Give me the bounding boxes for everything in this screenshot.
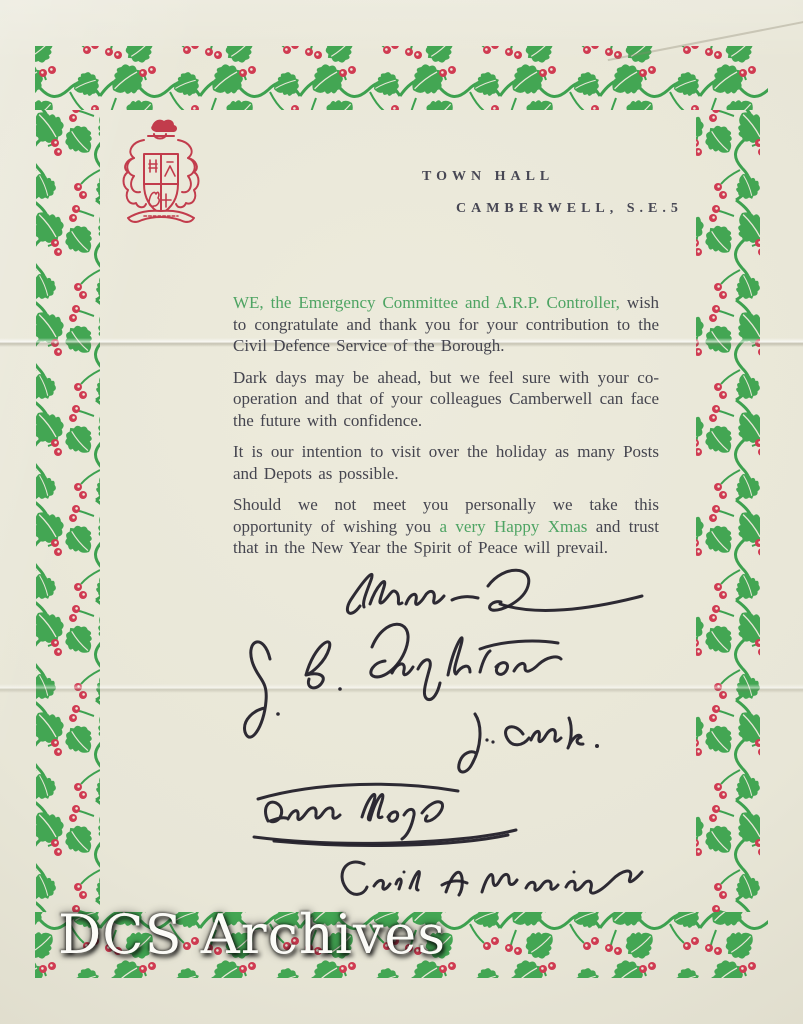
holly-border-top	[35, 46, 768, 110]
camberwell-coat-of-arms-icon	[104, 114, 214, 226]
body-paragraph-4: Should we not meet you personally we tak…	[233, 494, 659, 559]
holly-border-left	[36, 110, 100, 912]
signature-4	[230, 775, 530, 850]
holly-border-right	[696, 110, 760, 912]
body-paragraph-1: WE, the Emergency Committee and A.R.P. C…	[233, 292, 659, 357]
signature-3	[445, 700, 620, 780]
letterhead-town-hall: TOWN HALL	[422, 169, 554, 185]
letter-page: TOWN HALL CAMBERWELL, S.E.5 WE, the Emer…	[0, 0, 803, 1024]
green-lead-text: WE, the Emergency Committee and A.R.P. C…	[233, 293, 620, 312]
dcs-archives-watermark: DCS Archives	[58, 903, 446, 966]
letter-body: WE, the Emergency Committee and A.R.P. C…	[233, 292, 659, 569]
happy-xmas-text: a very Happy Xmas	[439, 517, 587, 536]
signature-1	[340, 560, 650, 620]
body-paragraph-2: Dark days may be ahead, but we feel sure…	[233, 367, 659, 432]
letterhead-camberwell: CAMBERWELL, S.E.5	[456, 201, 683, 217]
body-paragraph-3: It is our intention to visit over the ho…	[233, 441, 659, 484]
